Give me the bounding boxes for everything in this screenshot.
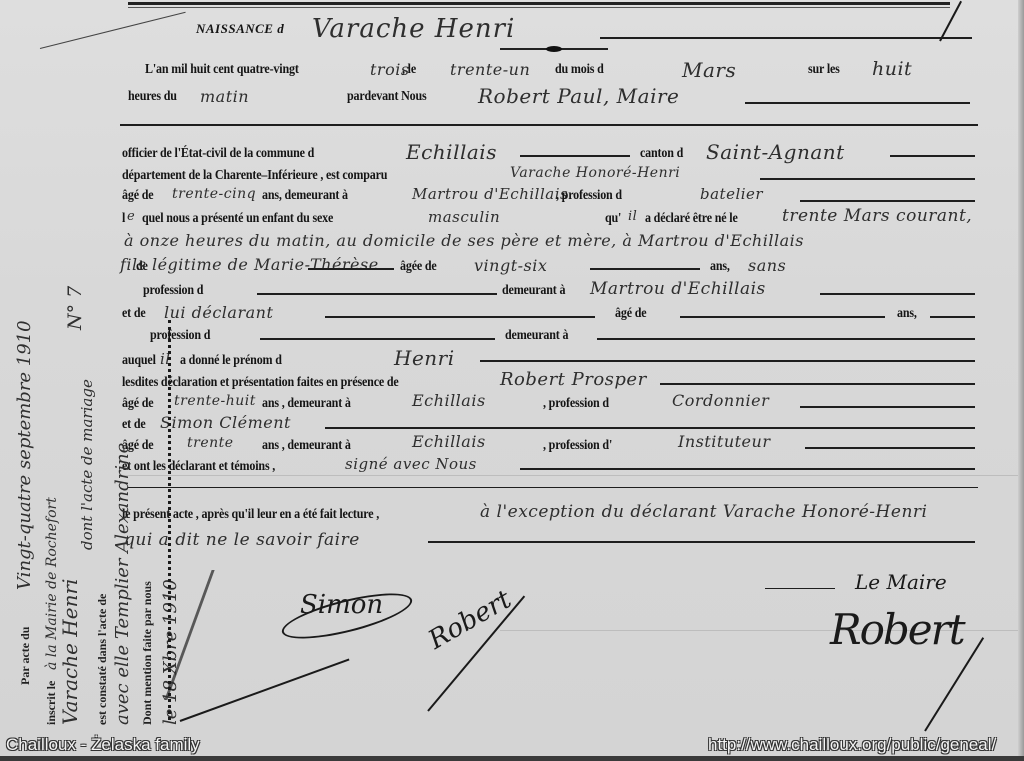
handwritten-value: Robert Prosper bbox=[500, 369, 647, 390]
printed-text: ans , demeurant à bbox=[262, 396, 351, 412]
fill-line bbox=[890, 155, 975, 157]
watermark-url: http://www.chailloux.org/public/geneal/ bbox=[708, 735, 996, 755]
fill-line bbox=[760, 178, 975, 180]
printed-text: , le bbox=[402, 62, 416, 78]
page-edge bbox=[0, 756, 1024, 761]
margin-printed: inscrit le bbox=[44, 681, 59, 725]
handwritten-value: Mars bbox=[682, 58, 736, 82]
handwritten-value: Henri bbox=[394, 346, 455, 370]
printed-text: qu' bbox=[605, 211, 621, 227]
fill-line bbox=[257, 293, 497, 295]
fill-line bbox=[325, 316, 595, 318]
fill-line bbox=[765, 588, 835, 589]
handwritten-value: Varache Honoré-Henri bbox=[510, 165, 680, 181]
fill-line bbox=[800, 200, 975, 202]
margin-printed: Dont mention faite par nous bbox=[140, 581, 155, 725]
printed-text: du mois d bbox=[555, 62, 604, 78]
handwritten-value: huit bbox=[872, 58, 912, 80]
handwritten-value: masculin bbox=[428, 208, 500, 226]
printed-text: a déclaré être né le bbox=[645, 211, 738, 227]
fill-line bbox=[325, 427, 975, 429]
handwritten-value: Martrou d'Echillais bbox=[590, 279, 766, 299]
fill-line bbox=[820, 293, 975, 295]
fill-line bbox=[428, 541, 975, 543]
fill-line bbox=[680, 316, 885, 318]
printed-text: canton d bbox=[640, 146, 683, 162]
printed-text: L'an mil huit cent quatre-vingt bbox=[145, 62, 299, 78]
margin-handwritten: dont l'acte de mariage bbox=[78, 379, 96, 550]
handwritten-line: à onze heures du matin, au domicile de s… bbox=[124, 231, 804, 250]
handwritten-value: Echillais bbox=[406, 140, 497, 164]
top-border-rule bbox=[128, 2, 950, 5]
printed-text: , profession d bbox=[543, 396, 609, 412]
handwritten-value: il bbox=[628, 209, 637, 224]
printed-text: , profession d' bbox=[543, 438, 612, 454]
handwritten-value: trente-un bbox=[450, 60, 530, 79]
printed-text: officier de l'État-civil de la commune d bbox=[122, 146, 314, 162]
fill-line bbox=[520, 468, 975, 470]
handwritten-value: Echillais bbox=[412, 391, 486, 410]
header-ornament bbox=[500, 47, 608, 51]
printed-text: pardevant Nous bbox=[347, 89, 427, 105]
margin-handwritten: avec elle Templier Alexandrine bbox=[112, 443, 133, 725]
handwritten-value: à l'exception du déclarant Varache Honor… bbox=[480, 502, 927, 522]
mayor-title: Le Maire bbox=[855, 570, 947, 594]
printed-text: heures du bbox=[128, 89, 177, 105]
margin-printed: Par acte du bbox=[18, 627, 33, 685]
document-page: NAISSANCE d Varache Henri L'an mil huit … bbox=[0, 0, 1024, 761]
record-type-label: NAISSANCE d bbox=[196, 21, 284, 36]
record-subject-name: Varache Henri bbox=[312, 14, 515, 44]
handwritten-value: Saint-Agnant bbox=[706, 140, 845, 164]
margin-annotation: N° 7 Par acte du Vingt-quatre septembre … bbox=[0, 180, 200, 730]
fill-line bbox=[590, 268, 700, 270]
fill-line bbox=[800, 406, 975, 408]
margin-handwritten: Varache Henri bbox=[58, 579, 82, 725]
handwritten-value: Instituteur bbox=[678, 432, 770, 451]
fill-line bbox=[128, 487, 978, 488]
top-border-rule-thin bbox=[128, 7, 950, 8]
printed-text: ans, bbox=[897, 306, 917, 322]
handwritten-value: batelier bbox=[700, 185, 763, 203]
fill-line bbox=[805, 447, 975, 449]
printed-text: ans, bbox=[710, 259, 730, 275]
handwritten-value: signé avec Nous bbox=[345, 455, 477, 473]
handwritten-value: vingt-six bbox=[474, 256, 547, 275]
printed-text: demeurant à bbox=[502, 283, 565, 299]
fill-line bbox=[745, 102, 970, 104]
ruled-line bbox=[120, 475, 1020, 476]
page-edge bbox=[1018, 0, 1024, 761]
handwritten-value: Cordonnier bbox=[672, 391, 769, 410]
fill-line bbox=[480, 360, 975, 362]
handwritten-value: Robert Paul, Maire bbox=[478, 84, 679, 108]
watermark-left: Chailloux - Żelaska family bbox=[6, 735, 200, 755]
fill-line bbox=[260, 338, 495, 340]
printed-text: sur les bbox=[808, 62, 840, 78]
dotted-guide bbox=[168, 320, 174, 720]
fill-line bbox=[930, 316, 975, 318]
fill-line bbox=[520, 155, 630, 157]
handwritten-value: trente Mars courant, bbox=[782, 206, 972, 226]
margin-printed: est constaté dans l'acte de bbox=[95, 594, 110, 725]
fill-line bbox=[597, 338, 975, 340]
margin-handwritten: Vingt-quatre septembre 1910 bbox=[14, 320, 35, 590]
margin-number: N° 7 bbox=[64, 286, 86, 330]
printed-text: ans, demeurant à bbox=[262, 188, 348, 204]
mayor-signature: Robert bbox=[830, 605, 964, 654]
fill-line bbox=[308, 268, 394, 270]
handwritten-value: matin bbox=[200, 87, 249, 106]
printed-text: âgée de bbox=[400, 259, 437, 275]
handwritten-value: Martrou d'Echillais bbox=[412, 185, 568, 203]
pen-stroke bbox=[40, 12, 186, 49]
printed-text: , profession d bbox=[556, 188, 622, 204]
fill-line bbox=[660, 383, 975, 385]
printed-text: ans , demeurant à bbox=[262, 438, 351, 454]
fill-line bbox=[600, 37, 972, 39]
printed-text: demeurant à bbox=[505, 328, 568, 344]
handwritten-value: sans bbox=[748, 256, 786, 275]
handwritten-value: Echillais bbox=[412, 432, 486, 451]
fill-line bbox=[120, 124, 978, 126]
record-header: NAISSANCE d bbox=[196, 20, 284, 38]
printed-text: âgé de bbox=[615, 306, 646, 322]
